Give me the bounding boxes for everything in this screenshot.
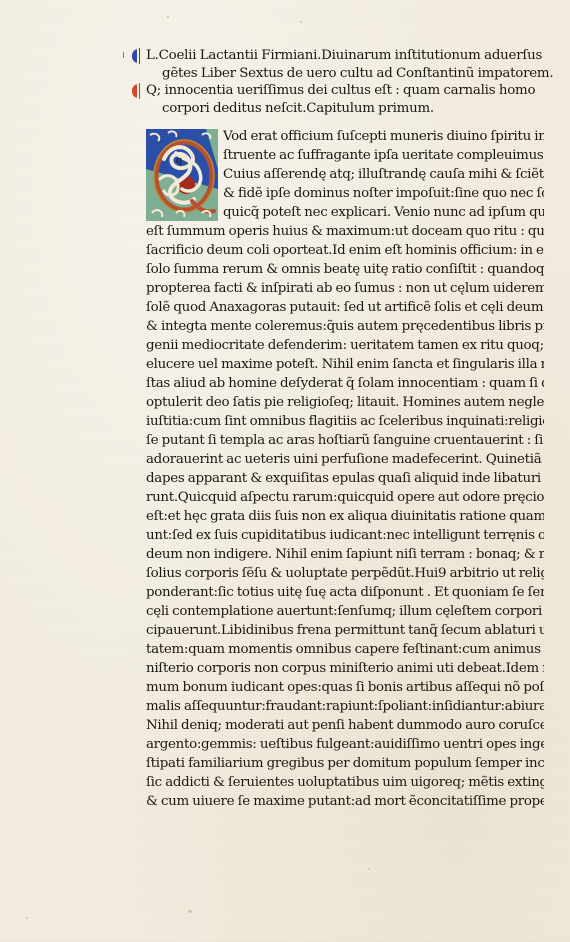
body-line: cęli contemplatione auertunt:ſenſumq; il… [146,602,544,621]
blue-paragraph-mark-icon [132,49,140,63]
heading-line-3: Q; innocentia ueriſſimus dei cultus eſt … [146,82,544,100]
margin-mark [123,52,124,58]
body-line: & cum uiuere ſe maxime putant:ad mort ẽc… [146,792,544,811]
body-line: elucere uel maxime poteſt. Nihil enim ſa… [146,355,544,374]
body-line: ſtipati familiarium gregibus per domitum… [146,754,544,773]
body-text: q Vod erat officium ſuſcepti muneris diu… [146,127,544,811]
body-line: deum non indigere. Nihil enim ſapiunt ni… [146,545,544,564]
red-paragraph-mark-icon [132,84,140,98]
body-line: tatem:quam momentis omnibus capere feſti… [146,640,544,659]
illuminated-initial-q-icon: q [146,129,218,221]
chapter-heading: L.Coelii Lactantii Firmiani.Diuinarum in… [146,47,544,117]
svg-text:q: q [176,156,182,166]
heading-line-4: corpori deditus neſcit.Capitulum primum. [146,100,544,118]
body-line: malis aſſequuntur:fraudant:rapiunt:ſpoli… [146,697,544,716]
body-line: ſtas aliud ab homine deſyderat q̃ ſolam … [146,374,544,393]
paper-speck [188,910,192,913]
body-line: optulerit deo ſatis pie religioſeq; lita… [146,393,544,412]
body-line: iuſtitia:cum ſint omnibus flagitiis ac ſ… [146,412,544,431]
body-line: mum bonum iudicant opes:quas ſi bonis ar… [146,678,544,697]
body-line: cipauerunt.Libidinibus frena permittunt … [146,621,544,640]
body-line: ſolius corporis ſẽſu & uoluptate perpẽdũ… [146,564,544,583]
body-line: & integta mente coleremus:q̃uis autem pr… [146,317,544,336]
text-column: L.Coelii Lactantii Firmiani.Diuinarum in… [146,47,544,811]
body-line: propterea facti & inſpirati ab eo ſumus … [146,279,544,298]
body-line: unt:ſed ex ſuis cupiditatibus iudicant:n… [146,526,544,545]
body-line: dapes apparant & exquiſitas epulas quaſi… [146,469,544,488]
body-line: ſe putant ſi templa ac aras hoſtiarũ ſan… [146,431,544,450]
body-line: eſt ſummum operis huius & maximum:ut doc… [146,222,544,241]
body-line: ſolo ſumma rerum & omnis beatę uitę rati… [146,260,544,279]
body-line: adorauerint ac ueteris uini perfuſione m… [146,450,544,469]
body-line: argento:gemmis: ueſtibus fulgeant:auidiſ… [146,735,544,754]
book-page: L.Coelii Lactantii Firmiani.Diuinarum in… [0,0,570,942]
body-line: ſolẽ quod Anaxagoras putauit: ſed ut art… [146,298,544,317]
paper-speck [26,917,28,919]
paper-speck [167,16,169,18]
body-line: runt.Quicquid aſpectu rarum:quicquid ope… [146,488,544,507]
heading-line-2: gẽtes Liber Sextus de uero cultu ad Conſ… [146,65,544,83]
initial-q-artwork: q [146,129,218,221]
body-line: eſt:et hęc grata diis ſuis non ex aliqua… [146,507,544,526]
body-line: Nihil deniq; moderati aut penſi habent d… [146,716,544,735]
body-line: ſacrificio deum coli oporteat.Id enim eſ… [146,241,544,260]
body-line: genii mediocritate defenderim: ueritatem… [146,336,544,355]
body-line: ponderant:ſic totius uitę ſuę acta diſpo… [146,583,544,602]
body-line: ſic addicti & ſeruientes uoluptatibus ui… [146,773,544,792]
paper-speck [368,868,370,870]
body-line: niſterio corporis non corpus miniſterio … [146,659,544,678]
paper-speck [300,21,302,23]
heading-line-1: L.Coelii Lactantii Firmiani.Diuinarum in… [146,47,544,65]
